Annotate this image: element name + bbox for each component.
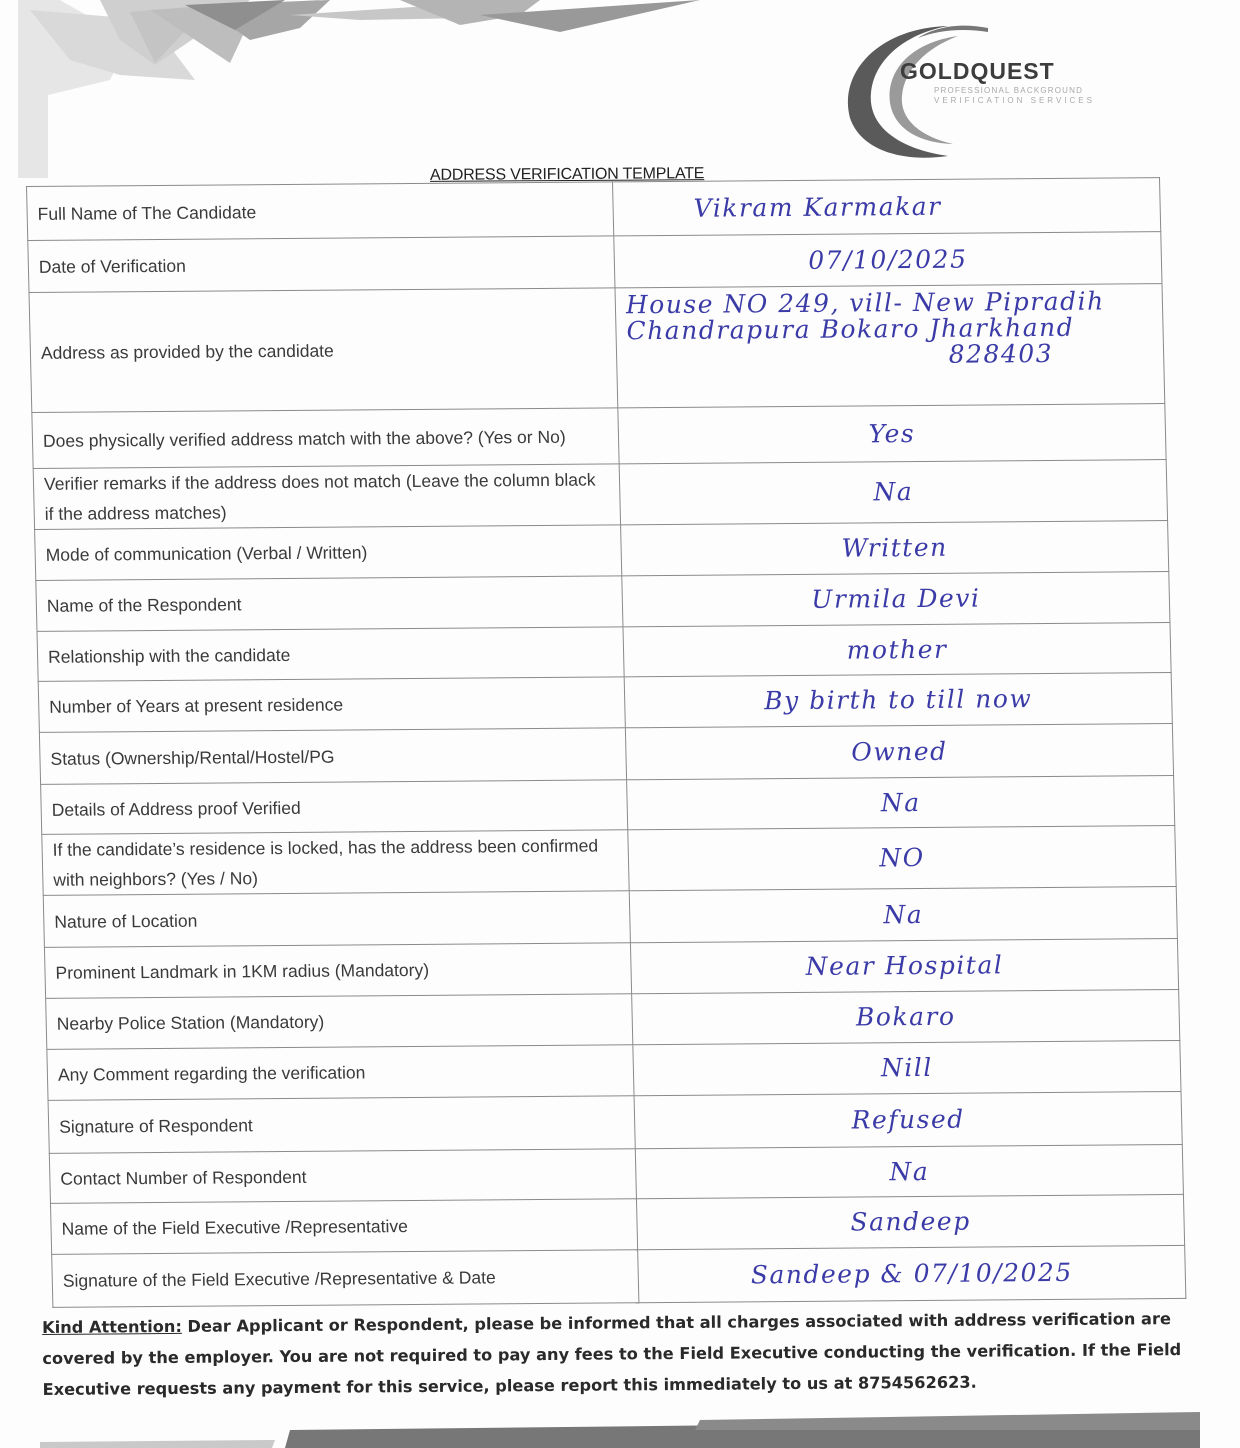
address-line: Chandrapura Bokaro Jharkhand — [626, 314, 1153, 344]
neighbor-confirmation-value[interactable]: NO — [628, 825, 1176, 890]
table-row: Prominent Landmark in 1KM radius (Mandat… — [44, 938, 1178, 998]
communication-mode-value[interactable]: Written — [621, 521, 1169, 576]
field-label: Verifier remarks if the address does not… — [33, 464, 620, 530]
field-label: Prominent Landmark in 1KM radius (Mandat… — [44, 943, 631, 999]
table-row: Signature of Respondent Refused — [48, 1091, 1182, 1153]
field-label: Number of Years at present residence — [38, 677, 625, 733]
logo-tagline: VERIFICATION SERVICES — [934, 96, 1134, 105]
ownership-status-value[interactable]: Owned — [625, 724, 1173, 780]
field-label: Relationship with the candidate — [37, 627, 624, 682]
address-proof-value[interactable]: Na — [627, 776, 1175, 830]
table-row: Nearby Police Station (Mandatory) Bokaro — [46, 989, 1180, 1049]
notice-text: Dear Applicant or Respondent, please be … — [42, 1309, 1181, 1399]
field-label: Full Name of The Candidate — [27, 182, 614, 241]
table-row: Status (Ownership/Rental/Hostel/PG Owned — [39, 724, 1173, 785]
address-verification-form: Full Name of The Candidate Vikram Karmak… — [26, 177, 1186, 1308]
field-label: Details of Address proof Verified — [41, 780, 628, 835]
field-label: Address as provided by the candidate — [29, 288, 618, 413]
table-row: Mode of communication (Verbal / Written)… — [35, 521, 1169, 581]
respondent-name-value[interactable]: Urmila Devi — [622, 572, 1170, 627]
field-label: Date of Verification — [28, 236, 615, 293]
table-row: Name of the Field Executive /Representat… — [50, 1194, 1184, 1254]
logo-brand-text: GOLDQUEST — [900, 58, 1055, 85]
table-row: Nature of Location Na — [43, 886, 1177, 947]
table-row: Signature of the Field Executive /Repres… — [52, 1245, 1186, 1307]
field-label: Nature of Location — [43, 891, 630, 948]
footer-decoration — [0, 1400, 1240, 1448]
table-row: Address as provided by the candidate Hou… — [29, 284, 1165, 413]
logo-tagline: PROFESSIONAL BACKGROUND — [934, 86, 1134, 95]
table-row: Does physically verified address match w… — [32, 404, 1166, 469]
table-row: Name of the Respondent Urmila Devi — [36, 572, 1170, 632]
table-row: Full Name of The Candidate Vikram Karmak… — [27, 178, 1161, 241]
field-label: Does physically verified address match w… — [32, 408, 619, 469]
landmark-value[interactable]: Near Hospital — [630, 938, 1178, 993]
field-label: Name of the Respondent — [36, 576, 623, 632]
verification-table: Full Name of The Candidate Vikram Karmak… — [26, 177, 1186, 1308]
payment-notice: Kind Attention: Dear Applicant or Respon… — [42, 1303, 1183, 1405]
table-row: Any Comment regarding the verification N… — [47, 1040, 1181, 1100]
field-executive-signature-value[interactable]: Sandeep & 07/10/2025 — [638, 1245, 1186, 1302]
field-label: Mode of communication (Verbal / Written) — [35, 525, 622, 581]
field-label: If the candidate’s residence is locked, … — [42, 830, 629, 896]
verification-date-value[interactable]: 07/10/2025 — [614, 232, 1162, 288]
table-row: Verifier remarks if the address does not… — [33, 460, 1167, 530]
table-row: If the candidate’s residence is locked, … — [42, 825, 1176, 895]
field-label: Any Comment regarding the verification — [47, 1045, 634, 1101]
candidate-name-value[interactable]: Vikram Karmakar — [612, 178, 1160, 236]
table-row: Relationship with the candidate mother — [37, 623, 1171, 682]
respondent-contact-value[interactable]: Na — [635, 1144, 1183, 1198]
table-row: Number of Years at present residence By … — [38, 673, 1172, 733]
notice-lead: Kind Attention: — [42, 1317, 182, 1337]
table-row: Contact Number of Respondent Na — [49, 1144, 1183, 1203]
goldquest-logo: GOLDQUEST PROFESSIONAL BACKGROUND VERIFI… — [838, 18, 1128, 158]
police-station-value[interactable]: Bokaro — [632, 989, 1180, 1044]
field-label: Name of the Field Executive /Representat… — [50, 1199, 637, 1255]
field-executive-name-value[interactable]: Sandeep — [636, 1194, 1184, 1249]
comment-value[interactable]: Nill — [633, 1040, 1181, 1095]
field-label: Nearby Police Station (Mandatory) — [46, 994, 633, 1050]
respondent-signature-value[interactable]: Refused — [634, 1091, 1182, 1148]
years-at-residence-value[interactable]: By birth to till now — [624, 673, 1172, 728]
location-nature-value[interactable]: Na — [629, 886, 1177, 942]
address-match-value[interactable]: Yes — [618, 404, 1166, 464]
address-value[interactable]: House NO 249, vill- New Pipradih Chandra… — [615, 284, 1165, 408]
field-label: Signature of the Field Executive /Repres… — [52, 1250, 639, 1308]
verifier-remarks-value[interactable]: Na — [619, 460, 1167, 525]
address-pincode: 828403 — [627, 340, 1154, 370]
field-label: Contact Number of Respondent — [49, 1149, 636, 1204]
table-row: Date of Verification 07/10/2025 — [28, 232, 1162, 293]
relationship-value[interactable]: mother — [623, 623, 1171, 677]
field-label: Signature of Respondent — [48, 1096, 635, 1154]
field-label: Status (Ownership/Rental/Hostel/PG — [39, 728, 626, 785]
table-row: Details of Address proof Verified Na — [41, 776, 1175, 835]
